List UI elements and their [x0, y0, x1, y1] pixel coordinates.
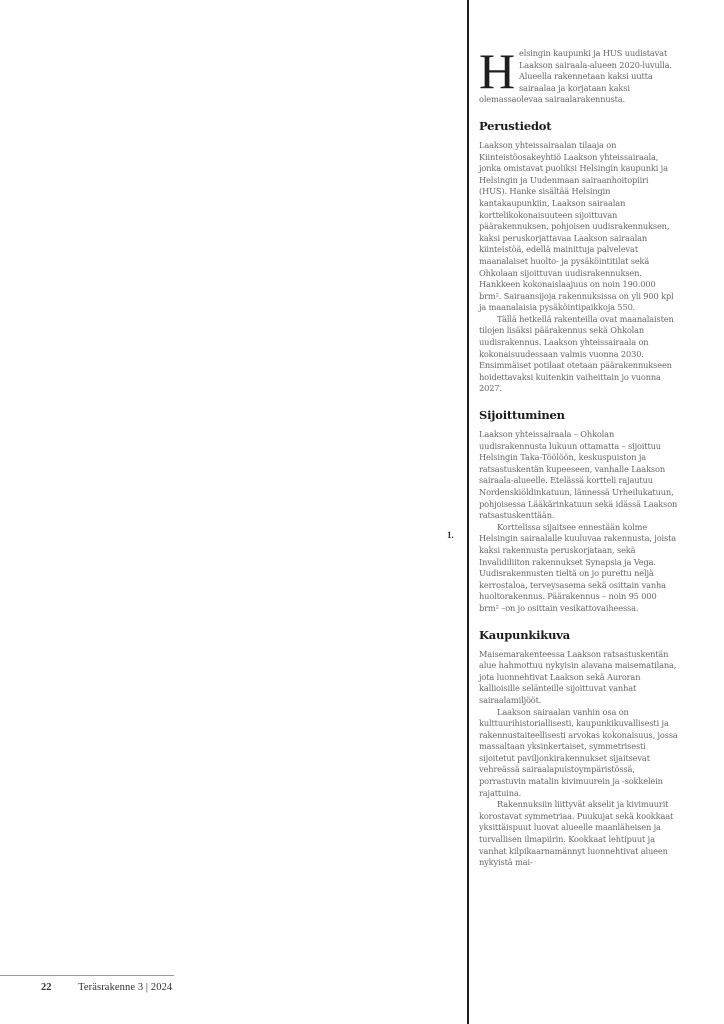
paragraph: Rakennuksiin liittyvät akselit ja kivimu… — [479, 799, 678, 869]
footer-rule — [0, 975, 174, 976]
paragraph: Laakson yhteissairaalan tilaaja on Kiint… — [479, 140, 678, 314]
paragraph: Tällä hetkellä rakenteilla ovat maanalai… — [479, 314, 678, 395]
drop-cap: H — [479, 50, 515, 90]
section-heading-sijoittuminen: Sijoittuminen — [479, 408, 678, 422]
column-divider-rule — [467, 0, 469, 1024]
paragraph: Maisemarakenteessa Laakson ratsastuskent… — [479, 649, 678, 707]
page-footer: 22 Teräsrakenne 3 | 2024 — [41, 982, 172, 993]
journal-issue: Teräsrakenne 3 | 2024 — [78, 982, 172, 993]
section-heading-kaupunkikuva: Kaupunkikuva — [479, 628, 678, 642]
page-number: 22 — [41, 982, 52, 993]
article-column: Helsingin kaupunki ja HUS uudistavat Laa… — [479, 48, 678, 869]
lead-paragraph: Helsingin kaupunki ja HUS uudistavat Laa… — [479, 48, 678, 106]
paragraph: Laakson yhteissairaala – Ohkolan uudisra… — [479, 429, 678, 522]
figure-reference-marker: 1. — [447, 530, 454, 540]
paragraph: Korttelissa sijaitsee ennestään kolme He… — [479, 522, 678, 615]
paragraph: Laakson sairaalan vanhin osa on kulttuur… — [479, 707, 678, 800]
section-heading-perustiedot: Perustiedot — [479, 119, 678, 133]
